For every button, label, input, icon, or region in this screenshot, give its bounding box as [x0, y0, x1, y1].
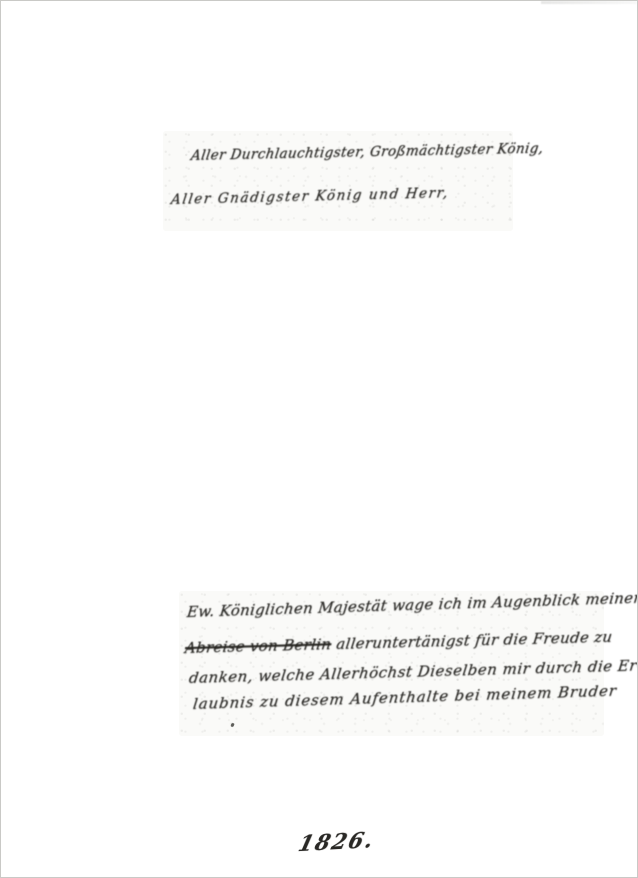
- scan-edge-artifact: [541, 1, 637, 4]
- document-page: Aller Durchlauchtigster, Großmächtigster…: [0, 0, 638, 878]
- year-mark: 1826.: [296, 827, 378, 856]
